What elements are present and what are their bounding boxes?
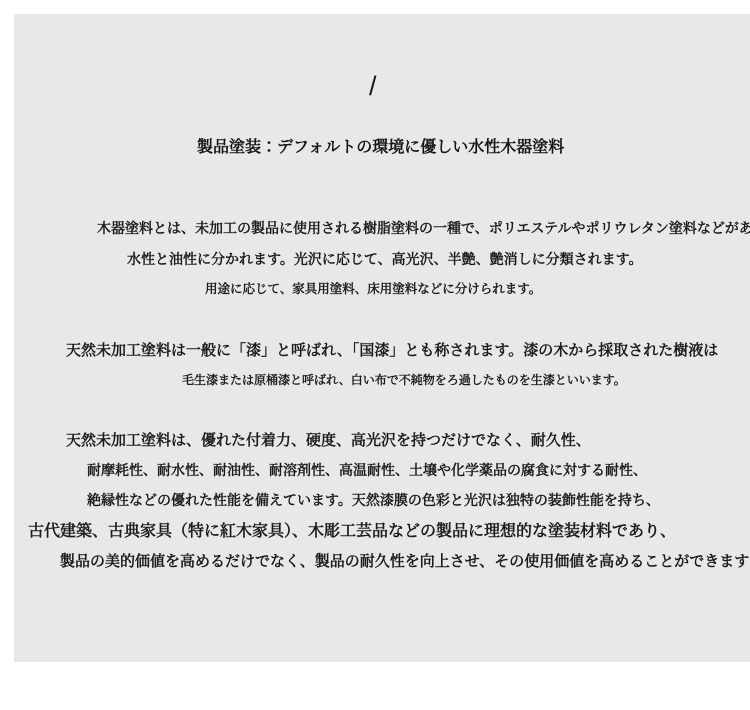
paragraph-3-line-4: 古代建築、古典家具（特に紅木家具）、木彫工芸品などの製品に理想的な塗装材料であり… xyxy=(28,522,676,541)
paragraph-3-line-3: 絶縁性などの優れた性能を備えています。天然漆膜の色彩と光沢は独特の装飾性能を持ち… xyxy=(87,492,660,509)
paragraph-1-line-2: 水性と油性に分かれます。光沢に応じて、高光沢、半艶、艶消しに分類されます。 xyxy=(127,251,642,268)
paragraph-2-line-2: 毛生漆または原桶漆と呼ばれ、白い布で不純物をろ過したものを生漆といいます。 xyxy=(182,373,626,387)
page-title: 製品塗装：デフォルトの環境に優しい水性木器塗料 xyxy=(197,138,564,157)
breadcrumb-separator: / xyxy=(369,72,377,102)
page-background: / 製品塗装：デフォルトの環境に優しい水性木器塗料 木器塗料とは、未加工の製品に… xyxy=(0,0,750,710)
paragraph-1-line-1: 木器塗料とは、未加工の製品に使用される樹脂塗料の一種で、ポリエステルやポリウレタ… xyxy=(97,220,750,237)
content-panel: / 製品塗装：デフォルトの環境に優しい水性木器塗料 木器塗料とは、未加工の製品に… xyxy=(14,14,750,662)
paragraph-1-line-3: 用途に応じて、家具用塗料、床用塗料などに分けられます。 xyxy=(205,282,541,297)
paragraph-3-line-2: 耐摩耗性、耐水性、耐油性、耐溶剤性、高温耐性、土壌や化学薬品の腐食に対する耐性、 xyxy=(87,462,647,479)
paragraph-3-line-1: 天然未加工塗料は、優れた付着力、硬度、高光沢を持つだけでなく、耐久性、 xyxy=(66,432,591,450)
paragraph-2-line-1: 天然未加工塗料は一般に「漆」と呼ばれ、「国漆」とも称されます。漆の木から採取され… xyxy=(66,342,718,360)
paragraph-3-line-5: 製品の美的価値を高めるだけでなく、製品の耐久性を向上させ、その使用価値を高めるこ… xyxy=(60,553,749,571)
